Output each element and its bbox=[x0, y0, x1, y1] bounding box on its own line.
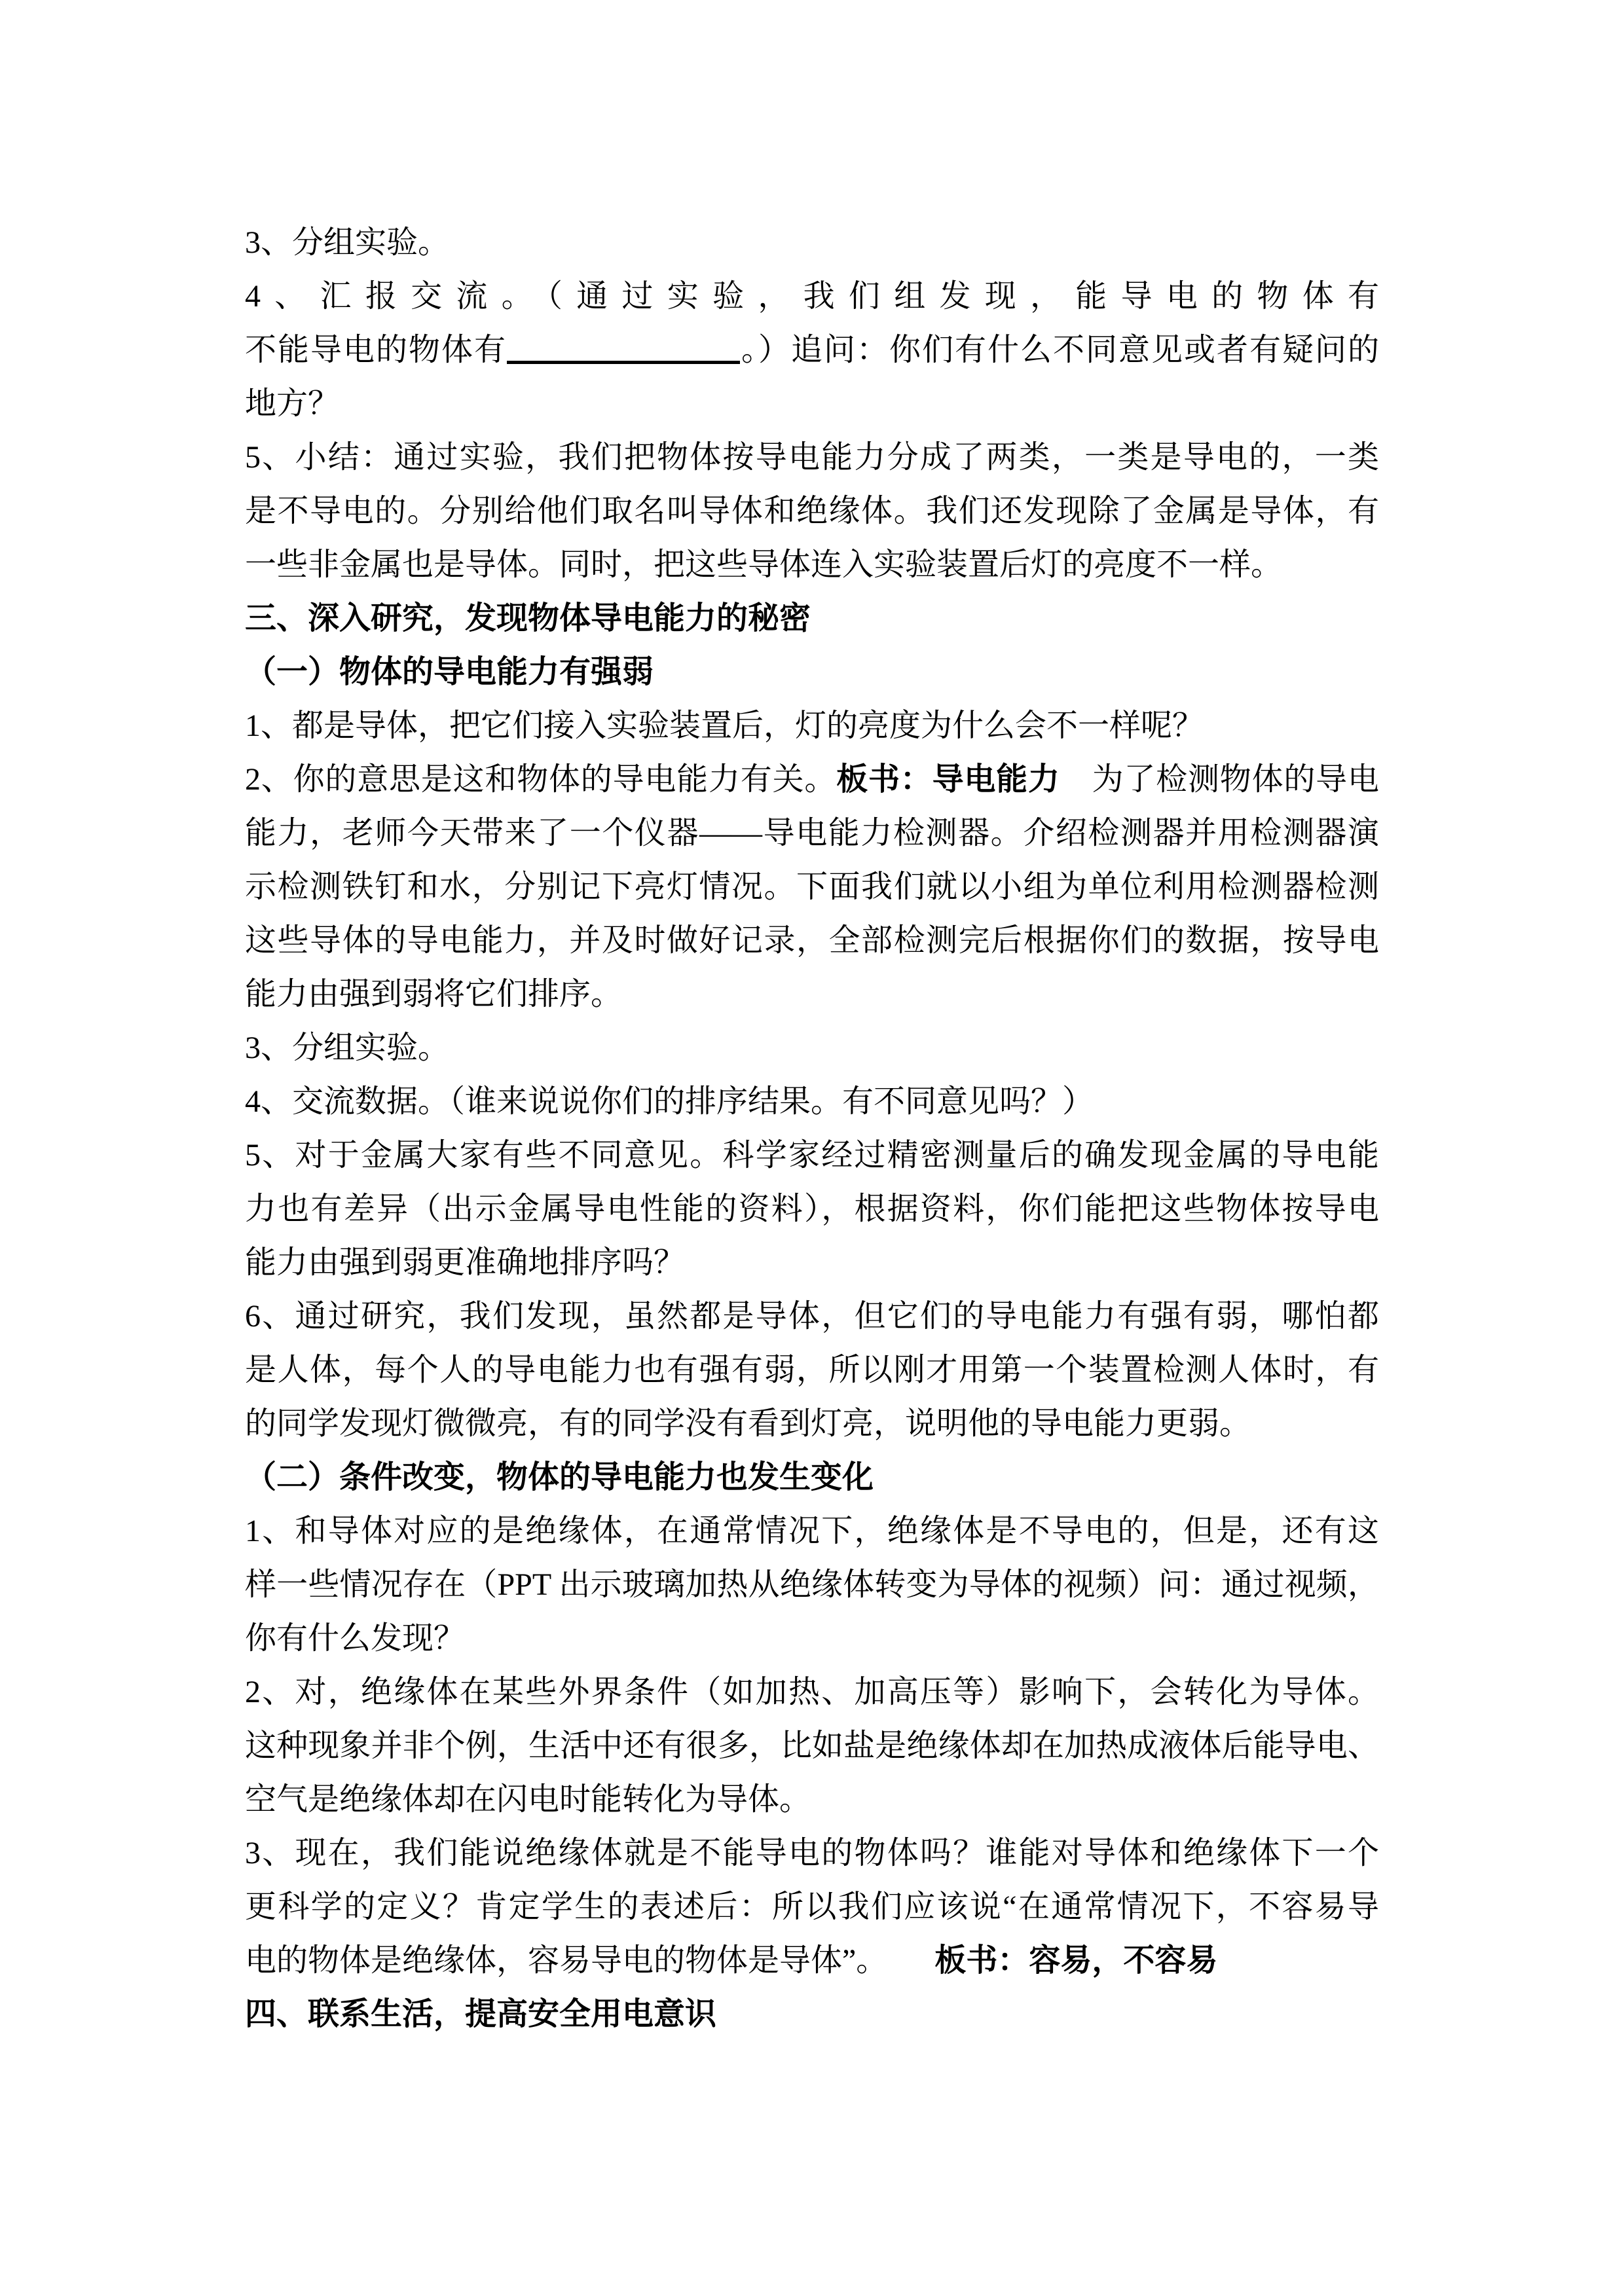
bold-text-run: 板书：容易，不容易 bbox=[934, 1943, 1217, 1978]
text-line: 3、分组实验。 bbox=[245, 1021, 1379, 1075]
text-run: 2、你的意思是这和物体的导电能力有关。 bbox=[245, 762, 836, 797]
text-run: 你有什么发现？ bbox=[245, 1621, 465, 1656]
text-line: 四、联系生活，提高安全用电意识 bbox=[245, 1988, 1379, 2041]
document-body: 3、分组实验。4、汇报交流。（通过实验，我们组发现，能导电的物体有，不能导电的物… bbox=[245, 216, 1379, 2041]
text-run: 。）追问：你们有什么不同意见或者有疑问的 bbox=[740, 333, 1379, 367]
text-run: 地方？ bbox=[245, 386, 339, 421]
text-run: 能力由强到弱更准确地排序吗？ bbox=[245, 1245, 685, 1280]
text-line: 3、分组实验。 bbox=[245, 216, 1379, 270]
text-line: 的同学发现灯微微亮，有的同学没有看到灯亮，说明他的导电能力更弱。 bbox=[245, 1397, 1379, 1451]
text-line: 5、小结：通过实验，我们把物体按导电能力分成了两类，一类是导电的，一类 bbox=[245, 431, 1379, 484]
text-line: 是人体，每个人的导电能力也有强有弱，所以刚才用第一个装置检测人体时，有 bbox=[245, 1343, 1379, 1397]
text-run: 能力，老师今天带来了一个仪器——导电能力检测器。介绍检测器并用检测器演 bbox=[245, 816, 1379, 850]
text-line: 你有什么发现？ bbox=[245, 1612, 1379, 1666]
text-line: 电的物体是绝缘体，容易导电的物体是导体”。 板书：容易，不容易 bbox=[245, 1934, 1379, 1988]
text-run: 样一些情况存在（PPT 出示玻璃加热从绝缘体转变为导体的视频）问：通过视频， bbox=[245, 1567, 1379, 1602]
text-line: 2、你的意思是这和物体的导电能力有关。板书：导电能力 为了检测物体的导电 bbox=[245, 753, 1379, 807]
text-line: （二）条件改变，物体的导电能力也发生变化 bbox=[245, 1451, 1379, 1504]
text-run: 3、现在，我们能说绝缘体就是不能导电的物体吗？谁能对导体和绝缘体下一个 bbox=[245, 1836, 1379, 1870]
text-line: 能力由强到弱更准确地排序吗？ bbox=[245, 1236, 1379, 1290]
text-run: 3、分组实验。 bbox=[245, 1030, 449, 1065]
text-run: 这些导体的导电能力，并及时做好记录，全部检测完后根据你们的数据，按导电 bbox=[245, 923, 1379, 958]
bold-text-run: 三、深入研究，发现物体导电能力的秘密 bbox=[245, 601, 811, 636]
text-line: 1、和导体对应的是绝缘体，在通常情况下，绝缘体是不导电的，但是，还有这 bbox=[245, 1504, 1379, 1558]
text-run: 2、对，绝缘体在某些外界条件（如加热、加高压等）影响下，会转化为导体。（PPT） bbox=[245, 1675, 1379, 1719]
text-line: 示检测铁钉和水，分别记下亮灯情况。下面我们就以小组为单位利用检测器检测 bbox=[245, 860, 1379, 914]
text-line: 4、汇报交流。（通过实验，我们组发现，能导电的物体有， bbox=[245, 270, 1379, 323]
bold-text-run: （二）条件改变，物体的导电能力也发生变化 bbox=[245, 1460, 874, 1495]
bold-text-run: 板书：导电能力 bbox=[836, 762, 1060, 797]
text-run: 示检测铁钉和水，分别记下亮灯情况。下面我们就以小组为单位利用检测器检测 bbox=[245, 869, 1379, 904]
text-line: 这种现象并非个例，生活中还有很多，比如盐是绝缘体却在加热成液体后能导电、 bbox=[245, 1719, 1379, 1773]
text-run: 是不导电的。分别给他们取名叫导体和绝缘体。我们还发现除了金属是导体，有 bbox=[245, 494, 1379, 528]
fill-in-blank-underline bbox=[507, 355, 740, 364]
text-run: 4、交流数据。（谁来说说你们的排序结果。有不同意见吗？） bbox=[245, 1084, 1094, 1119]
text-line: 能力，老师今天带来了一个仪器——导电能力检测器。介绍检测器并用检测器演 bbox=[245, 807, 1379, 860]
text-line: 力也有差异（出示金属导电性能的资料），根据资料，你们能把这些物体按导电 bbox=[245, 1182, 1379, 1236]
text-line: 6、通过研究，我们发现，虽然都是导体，但它们的导电能力有强有弱，哪怕都 bbox=[245, 1290, 1379, 1343]
text-line: 空气是绝缘体却在闪电时能转化为导体。 bbox=[245, 1773, 1379, 1827]
text-run: 1、都是导体，把它们接入实验装置后，灯的亮度为什么会不一样呢？ bbox=[245, 708, 1204, 743]
text-run: 能力由强到弱将它们排序。 bbox=[245, 977, 622, 1011]
text-run: 力也有差异（出示金属导电性能的资料），根据资料，你们能把这些物体按导电 bbox=[245, 1192, 1379, 1226]
text-run: 空气是绝缘体却在闪电时能转化为导体。 bbox=[245, 1782, 811, 1817]
bold-text-run: 四、联系生活，提高安全用电意识 bbox=[245, 1997, 716, 2032]
text-line: 1、都是导体，把它们接入实验装置后，灯的亮度为什么会不一样呢？ bbox=[245, 699, 1379, 753]
text-run: 更科学的定义？肯定学生的表述后：所以我们应该说“在通常情况下，不容易导 bbox=[245, 1889, 1379, 1924]
text-line: 三、深入研究，发现物体导电能力的秘密 bbox=[245, 592, 1379, 646]
text-run: 的同学发现灯微微亮，有的同学没有看到灯亮，说明他的导电能力更弱。 bbox=[245, 1406, 1251, 1441]
text-run: 4、汇报交流。（通过实验，我们组发现，能导电的物体有 bbox=[245, 279, 1379, 314]
text-run bbox=[872, 1943, 934, 1978]
bold-text-run: （一）物体的导电能力有强弱 bbox=[245, 655, 654, 689]
text-line: 一些非金属也是导体。同时，把这些导体连入实验装置后灯的亮度不一样。 bbox=[245, 538, 1379, 592]
text-line: 2、对，绝缘体在某些外界条件（如加热、加高压等）影响下，会转化为导体。（PPT） bbox=[245, 1666, 1379, 1719]
text-run: 一些非金属也是导体。同时，把这些导体连入实验装置后灯的亮度不一样。 bbox=[245, 547, 1282, 582]
text-run: 是人体，每个人的导电能力也有强有弱，所以刚才用第一个装置检测人体时，有 bbox=[245, 1353, 1379, 1387]
document-page: 3、分组实验。4、汇报交流。（通过实验，我们组发现，能导电的物体有，不能导电的物… bbox=[0, 0, 1624, 2296]
text-line: 4、交流数据。（谁来说说你们的排序结果。有不同意见吗？） bbox=[245, 1075, 1379, 1129]
text-run: 5、小结：通过实验，我们把物体按导电能力分成了两类，一类是导电的，一类 bbox=[245, 440, 1379, 475]
text-line: 5、对于金属大家有些不同意见。科学家经过精密测量后的确发现金属的导电能 bbox=[245, 1129, 1379, 1182]
text-run: 1、和导体对应的是绝缘体，在通常情况下，绝缘体是不导电的，但是，还有这 bbox=[245, 1514, 1379, 1548]
text-run: 为了检测物体的导电 bbox=[1060, 762, 1379, 797]
text-run: 这种现象并非个例，生活中还有很多，比如盐是绝缘体却在加热成液体后能导电、 bbox=[245, 1728, 1379, 1763]
text-line: 是不导电的。分别给他们取名叫导体和绝缘体。我们还发现除了金属是导体，有 bbox=[245, 484, 1379, 538]
text-line: 能力由强到弱将它们排序。 bbox=[245, 968, 1379, 1021]
text-line: 更科学的定义？肯定学生的表述后：所以我们应该说“在通常情况下，不容易导 bbox=[245, 1880, 1379, 1934]
text-line: 地方？ bbox=[245, 377, 1379, 431]
text-run: 5、对于金属大家有些不同意见。科学家经过精密测量后的确发现金属的导电能 bbox=[245, 1138, 1379, 1173]
text-line: 这些导体的导电能力，并及时做好记录，全部检测完后根据你们的数据，按导电 bbox=[245, 914, 1379, 968]
text-run: 不能导电的物体有 bbox=[245, 333, 507, 367]
text-run: 电的物体是绝缘体，容易导电的物体是导体”。 bbox=[245, 1943, 872, 1978]
text-run: 3、分组实验。 bbox=[245, 225, 449, 260]
text-line: 样一些情况存在（PPT 出示玻璃加热从绝缘体转变为导体的视频）问：通过视频， bbox=[245, 1558, 1379, 1612]
text-line: 3、现在，我们能说绝缘体就是不能导电的物体吗？谁能对导体和绝缘体下一个 bbox=[245, 1827, 1379, 1880]
text-line: （一）物体的导电能力有强弱 bbox=[245, 646, 1379, 699]
text-run: 6、通过研究，我们发现，虽然都是导体，但它们的导电能力有强有弱，哪怕都 bbox=[245, 1299, 1379, 1334]
text-line: 不能导电的物体有。）追问：你们有什么不同意见或者有疑问的 bbox=[245, 323, 1379, 377]
